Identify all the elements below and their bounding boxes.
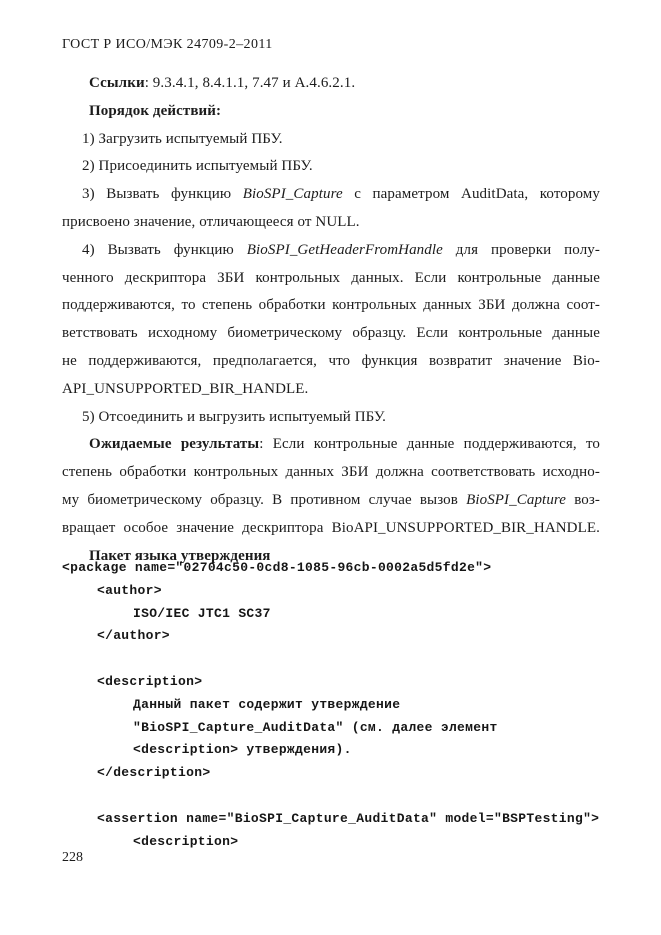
references-values: : 9.3.4.1, 8.4.1.1, 7.47 и А.4.6.2.1. xyxy=(145,75,355,91)
step-3-text-post: с параметром AuditData, которому xyxy=(343,186,600,202)
step-4-line-2: ченного дескриптора ЗБИ контрольных данн… xyxy=(62,265,600,293)
step-2: 2) Присоединить испытуемый ПБУ. xyxy=(62,153,600,181)
running-header: ГОСТ Р ИСО/МЭК 24709-2–2011 xyxy=(62,37,273,53)
code-line-author-open: <author> xyxy=(62,580,624,603)
step-4-line-6: API_UNSUPPORTED_BIR_HANDLE. xyxy=(62,376,600,404)
step-4-text-post: для проверки полу- xyxy=(443,242,600,258)
expected-results-text-pre: му биометрическому образцу. В противном … xyxy=(62,492,466,508)
assertion-code-listing: <package name="02704c50-0cd8-1085-96cb-0… xyxy=(62,557,624,853)
step-3-text-pre: 3) Вызвать функцию xyxy=(82,186,243,202)
references-label: Ссылки xyxy=(89,75,145,91)
expected-results-text: : Если контрольные данные поддерживаются… xyxy=(259,436,600,452)
step-3-line-1: 3) Вызвать функцию BioSPI_Capture с пара… xyxy=(62,181,600,209)
step-3-line-2: присвоено значение, отличающееся от NULL… xyxy=(62,209,600,237)
code-line-package-open: <package name="02704c50-0cd8-1085-96cb-0… xyxy=(62,557,624,580)
code-line-blank xyxy=(62,648,624,671)
function-name-biospi-capture: BioSPI_Capture xyxy=(243,186,343,202)
step-4-line-1: 4) Вызвать функцию BioSPI_GetHeaderFromH… xyxy=(62,237,600,265)
step-4-line-4: ветствовать исходному биометрическому об… xyxy=(62,320,600,348)
body-text: Ссылки: 9.3.4.1, 8.4.1.1, 7.47 и А.4.6.2… xyxy=(62,70,600,570)
expected-results-line-3: му биометрическому образцу. В противном … xyxy=(62,487,600,515)
code-line-assertion-open: <assertion name="BioSPI_Capture_AuditDat… xyxy=(62,808,624,831)
code-line-author-value: ISO/IEC JTC1 SC37 xyxy=(62,603,624,626)
code-line-desc-text-2: "BioSPI_Capture_AuditData" (см. далее эл… xyxy=(62,717,624,740)
step-1: 1) Загрузить испытуемый ПБУ. xyxy=(62,126,600,154)
expected-results-text-post: воз- xyxy=(566,492,600,508)
code-line-desc-text-3: <description> утверждения). xyxy=(62,739,624,762)
function-name-biospi-capture-2: BioSPI_Capture xyxy=(466,492,566,508)
step-4-line-3: поддерживаются, то степень обработки кон… xyxy=(62,292,600,320)
function-name-biospi-getheaderfromhandle: BioSPI_GetHeaderFromHandle xyxy=(247,242,443,258)
expected-results-line-2: степень обработки контрольных данных ЗБИ… xyxy=(62,459,600,487)
procedure-heading: Порядок действий: xyxy=(62,98,600,126)
code-line-desc-open-2: <description> xyxy=(62,831,624,854)
references-line: Ссылки: 9.3.4.1, 8.4.1.1, 7.47 и А.4.6.2… xyxy=(62,70,600,98)
gost-document-page: ГОСТ Р ИСО/МЭК 24709-2–2011 Ссылки: 9.3.… xyxy=(0,0,661,935)
code-line-desc-text-1: Данный пакет содержит утверждение xyxy=(62,694,624,717)
code-line-desc-close: </description> xyxy=(62,762,624,785)
step-5: 5) Отсоединить и выгрузить испытуемый ПБ… xyxy=(62,404,600,432)
page-number: 228 xyxy=(62,850,83,866)
step-4-line-5: не поддерживаются, предполагается, что ф… xyxy=(62,348,600,376)
code-line-blank-2 xyxy=(62,785,624,808)
expected-results-label: Ожидаемые результаты xyxy=(89,436,259,452)
expected-results-line-1: Ожидаемые результаты: Если контрольные д… xyxy=(62,431,600,459)
code-line-desc-open: <description> xyxy=(62,671,624,694)
code-line-author-close: </author> xyxy=(62,625,624,648)
expected-results-line-4: вращает особое значение дескриптора BioA… xyxy=(62,515,600,543)
step-4-text-pre: 4) Вызвать функцию xyxy=(82,242,247,258)
